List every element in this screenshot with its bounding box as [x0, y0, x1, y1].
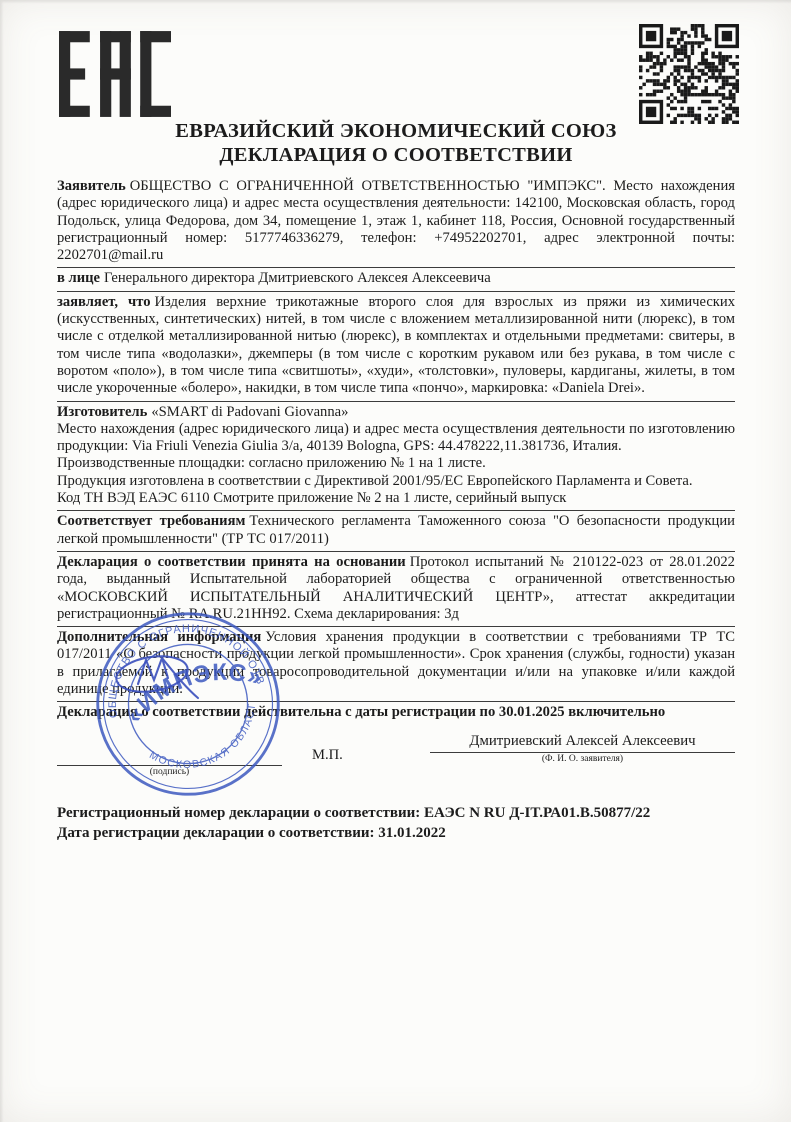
signature-line: (подпись): [57, 751, 282, 777]
title-declaration: ДЕКЛАРАЦИЯ О СООТВЕТСТВИИ: [57, 144, 735, 168]
section-applicant: ЗаявительОБЩЕСТВО С ОГРАНИЧЕННОЙ ОТВЕТСТ…: [57, 176, 735, 268]
manufacturer-sites: Производственные площадки: согласно прил…: [57, 455, 735, 472]
represented-by-label: в лице: [57, 270, 100, 286]
stamp-place-label: М.П.: [312, 747, 343, 764]
section-represented-by: в лицеГенерального директора Дмитриевско…: [57, 268, 735, 291]
section-declares: заявляет, чтоИзделия верхние трикотажные…: [57, 292, 735, 402]
applicant-label: Заявитель: [57, 178, 126, 194]
qr-code: [633, 24, 745, 124]
validity-statement: Декларация о соответствии действительна …: [57, 702, 735, 724]
eac-mark-icon: [59, 30, 171, 118]
registration-number-line: Регистрационный номер декларации о соотв…: [57, 803, 735, 823]
declares-text: Изделия верхние трикотажные второго слоя…: [57, 294, 735, 396]
manufacturer-name: «SMART di Padovani Giovanna»: [151, 404, 348, 420]
section-compliance: Соответствует требованиямТехнического ре…: [57, 511, 735, 552]
section-additional-info: Дополнительная информацияУсловия хранени…: [57, 627, 735, 702]
represented-by-text: Генерального директора Дмитриевского Але…: [104, 270, 491, 286]
registration-date-value: 31.01.2022: [378, 825, 446, 841]
compliance-label: Соответствует требованиям: [57, 513, 245, 529]
declaration-document: ЕВРАЗИЙСКИЙ ЭКОНОМИЧЕСКИЙ СОЮЗ ДЕКЛАРАЦИ…: [0, 0, 791, 1122]
applicant-full-name: Дмитриевский Алексей Алексеевич: [430, 733, 735, 753]
registration-number-label: Регистрационный номер декларации о соотв…: [57, 805, 420, 821]
section-manufacturer: Изготовитель«SMART di Padovani Giovanna»…: [57, 402, 735, 512]
registration-block: Регистрационный номер декларации о соотв…: [57, 803, 735, 843]
applicant-text: ОБЩЕСТВО С ОГРАНИЧЕННОЙ ОТВЕТСТВЕННОСТЬЮ…: [57, 178, 735, 263]
signature-caption: (подпись): [57, 766, 282, 777]
manufacturer-label: Изготовитель: [57, 404, 147, 420]
registration-date-label: Дата регистрации декларации о соответств…: [57, 825, 375, 841]
declares-label: заявляет, что: [57, 294, 151, 310]
registration-date-line: Дата регистрации декларации о соответств…: [57, 823, 735, 843]
document-title: ЕВРАЗИЙСКИЙ ЭКОНОМИЧЕСКИЙ СОЮЗ ДЕКЛАРАЦИ…: [57, 120, 735, 168]
applicant-name-block: Дмитриевский Алексей Алексеевич (Ф. И. О…: [430, 733, 735, 764]
manufacturer-tnved-code: Код ТН ВЭД ЕАЭС 6110 Смотрите приложение…: [57, 490, 735, 507]
additional-info-label: Дополнительная информация: [57, 629, 261, 645]
manufacturer-address: Место нахождения (адрес юридического лиц…: [57, 421, 735, 456]
title-union: ЕВРАЗИЙСКИЙ ЭКОНОМИЧЕСКИЙ СОЮЗ: [57, 120, 735, 144]
signature-block: (подпись) М.П. Дмитриевский Алексей Алек…: [57, 729, 735, 787]
section-basis: Декларация о соответствии принята на осн…: [57, 552, 735, 627]
applicant-name-caption: (Ф. И. О. заявителя): [430, 753, 735, 764]
basis-label: Декларация о соответствии принята на осн…: [57, 554, 406, 570]
registration-number-value: ЕАЭС N RU Д-IT.РА01.В.50877/22: [424, 805, 650, 821]
manufacturer-directive: Продукция изготовлена в соответствии с Д…: [57, 473, 735, 490]
document-header: ЕВРАЗИЙСКИЙ ЭКОНОМИЧЕСКИЙ СОЮЗ ДЕКЛАРАЦИ…: [57, 26, 735, 176]
signature-rule: [57, 751, 282, 766]
